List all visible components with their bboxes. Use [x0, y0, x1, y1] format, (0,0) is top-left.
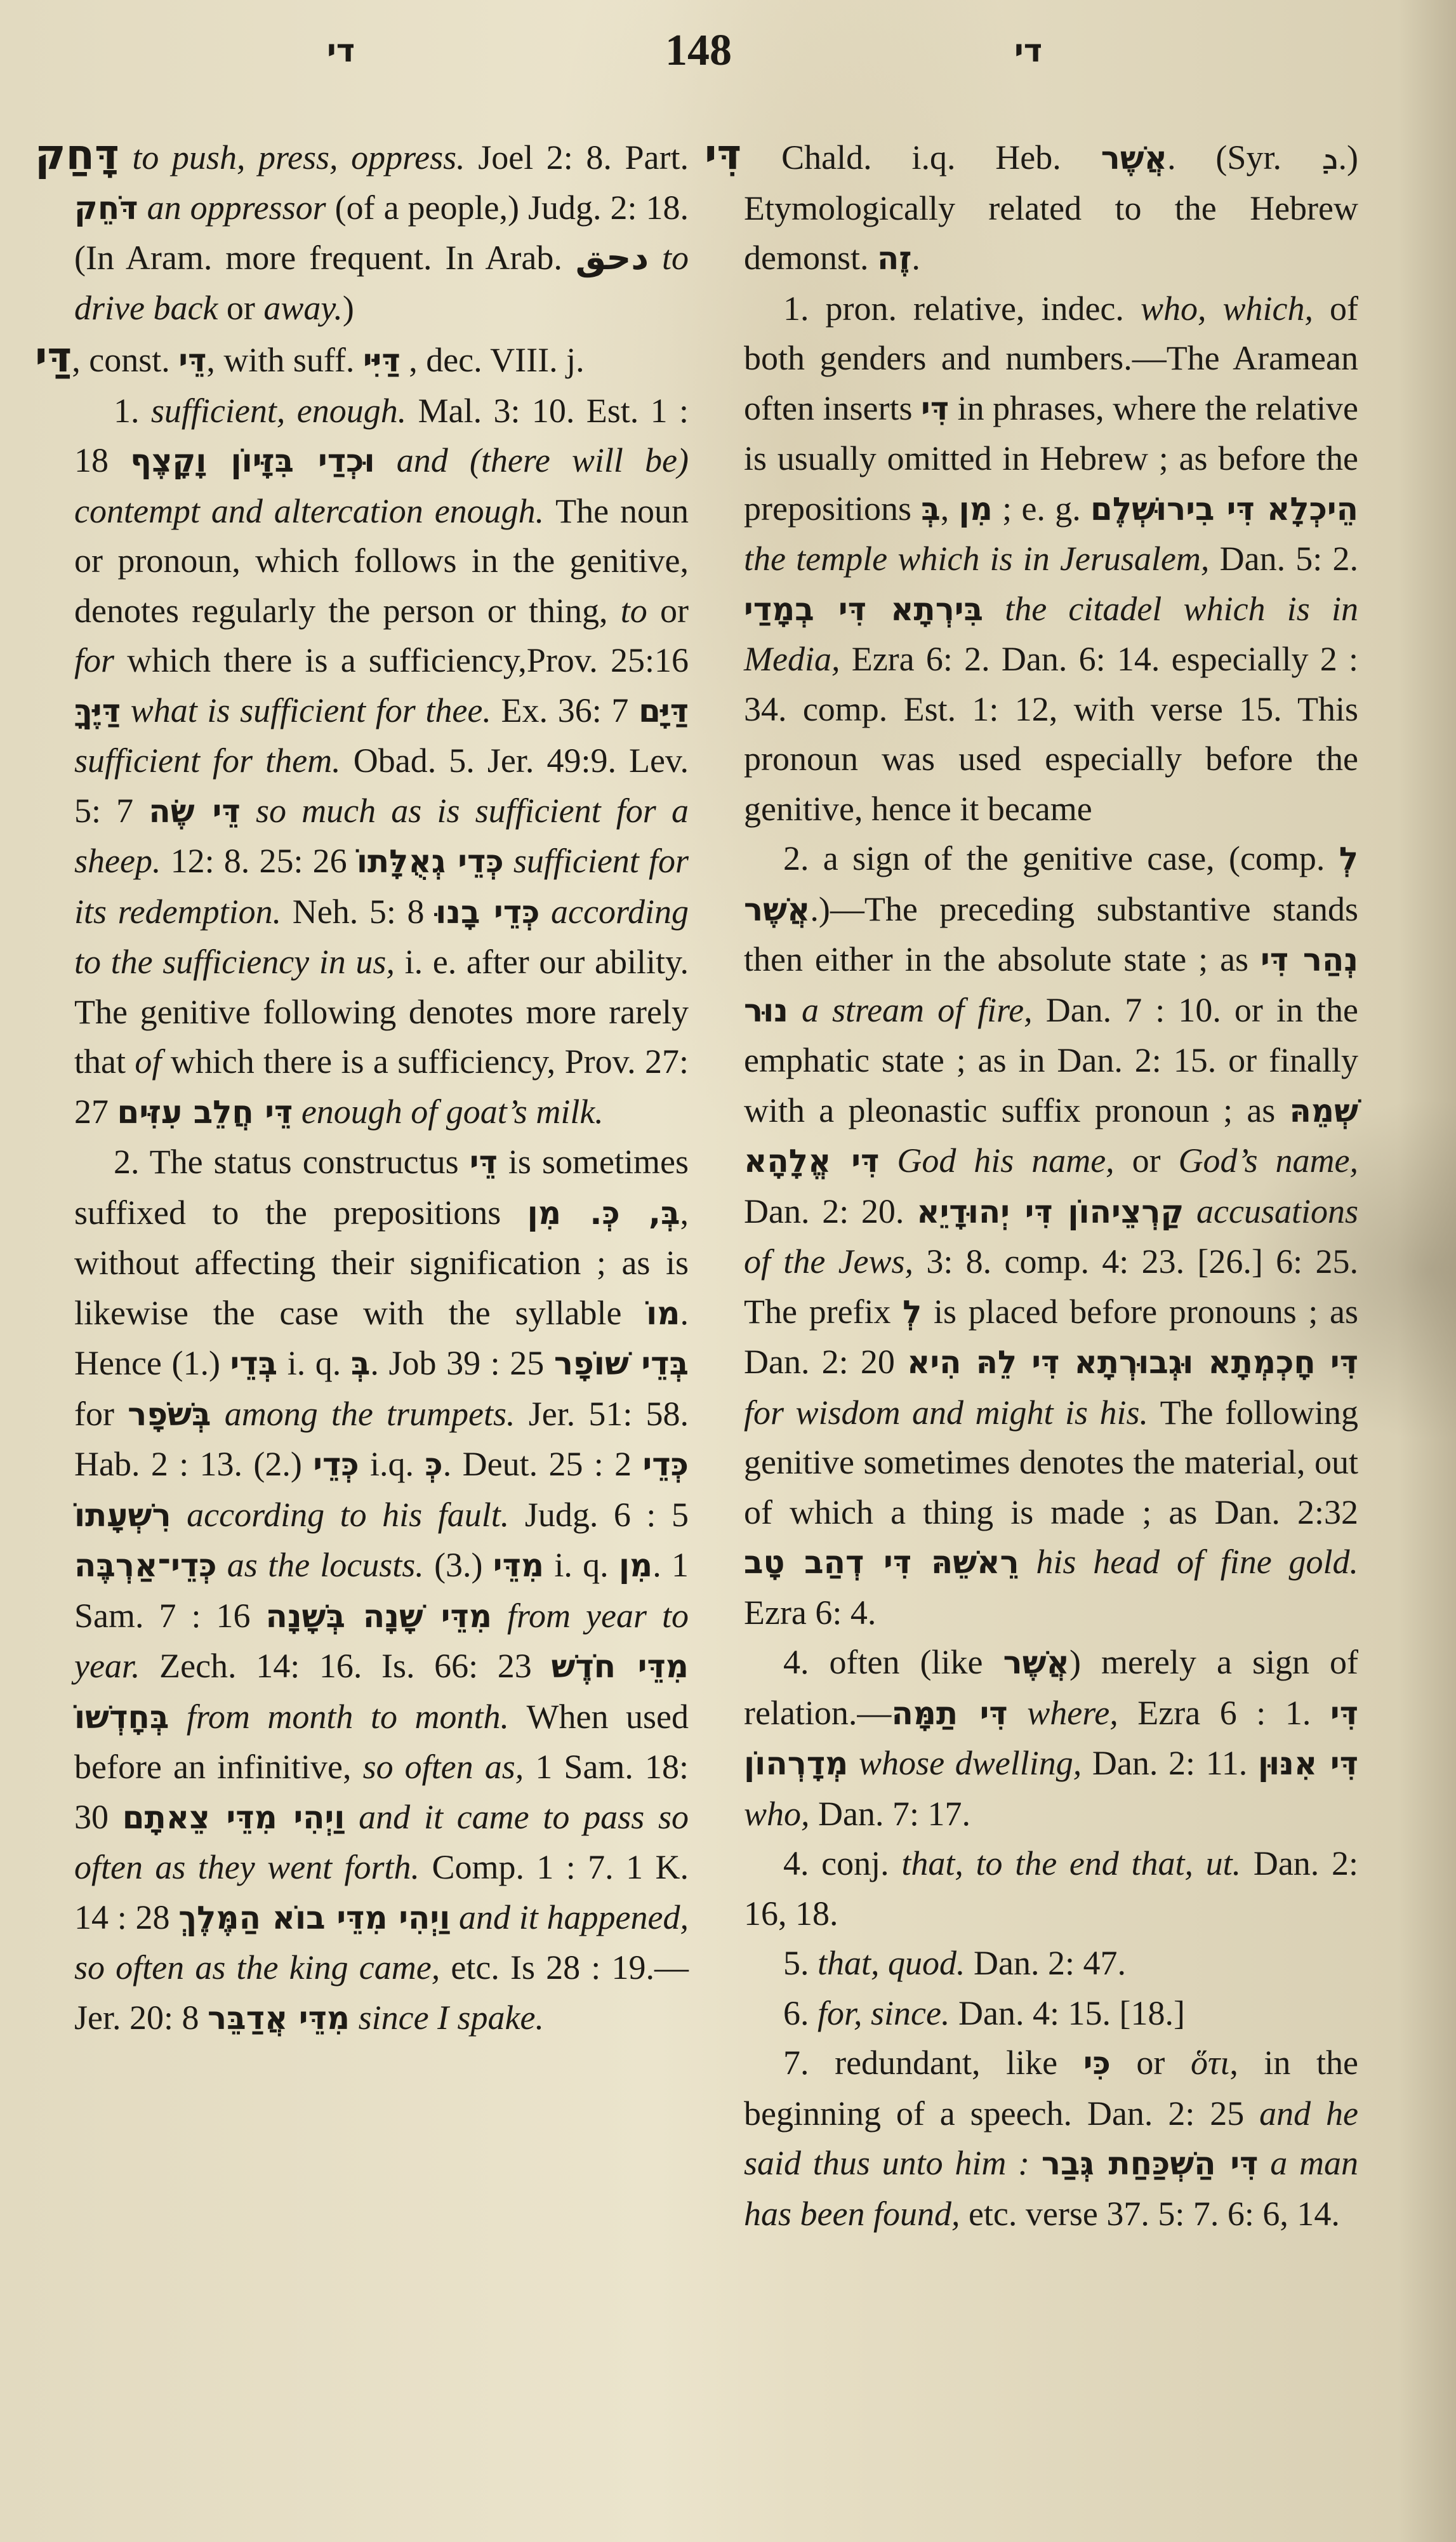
hebrew-text: דִּי הַשְׁכַּחַת גְּבַר — [1042, 2145, 1259, 2182]
hebrew-text: וּכְדַי בִּזָּיוֹן וָקָצֶף — [130, 443, 375, 479]
text-run: Dan. 2: 11. — [1092, 1744, 1258, 1782]
text-run: i. q. — [277, 1344, 351, 1382]
text-run: , dec. VIII. j. — [400, 341, 585, 379]
text-run: i.q. — [359, 1445, 425, 1483]
text-run: Chald. i.q. Heb. — [741, 138, 1101, 176]
text-run: , with suff. — [206, 341, 363, 379]
text-run: or — [1111, 2044, 1191, 2082]
gloss-italic: as the locusts. — [217, 1546, 435, 1584]
text-run: Dan. 5: 2. — [1220, 540, 1358, 578]
text-run: , — [941, 489, 959, 528]
running-head: די 148 די — [0, 25, 1456, 76]
hebrew-text: דִּי — [921, 390, 949, 427]
text-run: Dan. 2: 20. — [744, 1192, 917, 1230]
hebrew-text: כְּדֵי־אַרְבֶּה — [74, 1547, 217, 1584]
text-run: which there is a sufficiency,Prov. 25:16 — [127, 641, 689, 679]
hebrew-text: מִן — [959, 491, 993, 528]
hebrew-text: דִּי אִנּוּן — [1258, 1745, 1358, 1782]
text-run: Neh. 5: 8 — [293, 893, 435, 931]
text-run: 2. a sign of the genitive case, (comp. — [783, 839, 1339, 877]
text-run: . Deut. 25 : 2 — [443, 1445, 643, 1483]
text-run: etc. verse 37. 5: 7. 6: 6, 14. — [969, 2195, 1340, 2233]
hebrew-text: רֵאשֵׁהּ דִּי דְהַב טָב — [744, 1544, 1019, 1581]
hebrew-text: מִן — [619, 1547, 652, 1584]
gloss-italic: for, since. — [817, 1994, 958, 2032]
text-run: i. q. — [544, 1546, 619, 1584]
text-run: Judg. 6 : 5 — [525, 1496, 689, 1534]
headword: דַּי — [35, 333, 72, 382]
gloss-italic: God’s name, — [1179, 1141, 1358, 1180]
hebrew-text: קַרְצֵיהוֹן דִּי יְהוּדָיֵא — [917, 1194, 1184, 1230]
arabic-text: دحق — [576, 237, 649, 277]
text-run: Joel 2: 8. Part. — [478, 138, 689, 176]
entry-sense: 6. for, since. Dan. 4: 15. [18.] — [705, 1988, 1358, 2039]
text-run: Ex. 36: 7 — [501, 691, 639, 729]
running-head-left-word: די — [327, 25, 355, 76]
hebrew-text: דֵּי — [178, 342, 206, 379]
text-run: or — [227, 289, 263, 327]
hebrew-text: דִּי תַמָּה — [891, 1695, 1007, 1732]
hebrew-text: בְּדֵי — [230, 1345, 278, 1382]
hebrew-text: דַּיִּי — [363, 342, 400, 379]
text-run: . Job 39 : 25 — [370, 1344, 553, 1382]
hebrew-text: דַּיֶּךָּ — [74, 693, 121, 729]
text-run: 6. — [783, 1994, 817, 2032]
hebrew-text: דִּי חָכְמְתָא וּגְבוּרְתָא דִּי לֵהּ הִ… — [907, 1344, 1358, 1381]
text-run: 12: 8. 25: 26 — [171, 842, 357, 880]
page-number: 148 — [665, 25, 732, 76]
gloss-italic: from month to month. — [169, 1698, 526, 1736]
gloss-italic: to push, press, oppress. — [119, 138, 478, 176]
hebrew-text: דֹּחֵק — [74, 190, 138, 227]
hebrew-text: מִדֵּי — [493, 1547, 544, 1584]
hebrew-text: דֵּי שֶׂה — [149, 793, 240, 830]
hebrew-text: וַיְהִי מִדֵּי צֵאתָם — [122, 1799, 345, 1836]
dictionary-entry: דַּי, const. דֵּי, with suff. דַּיִּי , … — [35, 333, 689, 386]
hebrew-text: מִדֵּי אֲדַבֵּר — [208, 2000, 350, 2037]
headword: דִּי — [705, 130, 741, 179]
gloss-italic: his head of fine gold. — [1019, 1543, 1358, 1581]
gloss-italic: the temple which is in Jerusalem, — [744, 540, 1220, 578]
text-run: Dan. 2: 47. — [974, 1944, 1126, 1982]
hebrew-text: בִּירְתָא דִּי בְמָדַי — [744, 591, 983, 628]
text-run: (3.) — [434, 1546, 493, 1584]
gloss-italic: so often as, — [363, 1748, 536, 1786]
hebrew-text: וַיְהִי מִדֵּי בוֹא הַמֶּלֶךְ — [178, 1900, 450, 1936]
gloss-italic: away. — [263, 289, 343, 327]
dictionary-entry: דָּחַק to push, press, oppress. Joel 2: … — [35, 130, 689, 333]
gloss-italic: who, which, — [1141, 289, 1330, 328]
hebrew-text: דֵּי חֲלֵב עִזִּים — [117, 1094, 293, 1131]
gloss-italic: that, quod. — [817, 1944, 974, 1982]
hebrew-text: בְּדֵי שׁוֹפָר — [554, 1345, 689, 1382]
text-run: Dan. 4: 15. [18.] — [958, 1994, 1185, 2032]
gloss-italic: an oppressor — [138, 189, 335, 227]
hebrew-text: בְּשֹׁפָר — [128, 1396, 211, 1433]
text-run: Ezra 6 : 1. — [1137, 1694, 1330, 1732]
text-run: 7. redundant, like — [783, 2044, 1083, 2082]
hebrew-text: בְּ, כְּ. מִן — [527, 1195, 680, 1232]
hebrew-text: זֶה — [877, 240, 911, 277]
headword: דָּחַק — [35, 130, 119, 179]
text-run: Ezra 6: 4. — [744, 1594, 876, 1632]
hebrew-text: כְּדֵי גְאֻלָּתוֹ — [357, 843, 504, 880]
entry-sense: 1. sufficient, enough. Mal. 3: 10. Est. … — [35, 386, 689, 1138]
text-run: 5. — [783, 1944, 817, 1982]
hebrew-text: כְּ — [425, 1446, 442, 1483]
entry-sense: 7. redundant, like כִּי or ὅτι, in the b… — [705, 2038, 1358, 2239]
hebrew-text: כְּדֵי — [313, 1446, 359, 1483]
text-run: 4. often (like — [783, 1643, 1003, 1681]
gloss-italic: a stream of fire, — [788, 991, 1046, 1029]
text-run: Zech. 14: 16. Is. 66: 23 — [159, 1647, 551, 1685]
hebrew-text: לְ — [903, 1294, 922, 1331]
gloss-italic: since I spake. — [350, 1999, 544, 2037]
gloss-italic: who, — [744, 1795, 818, 1833]
gloss-italic: of — [135, 1042, 170, 1081]
gloss-italic: according to his fault. — [171, 1496, 525, 1534]
gloss-italic: sufficient, enough. — [151, 392, 418, 430]
entry-sense: 2. a sign of the genitive case, (comp. ל… — [705, 834, 1358, 1637]
greek-text: ὅτι — [1191, 2044, 1229, 2082]
left-column: דָּחַק to push, press, oppress. Joel 2: … — [35, 130, 689, 2043]
hebrew-text: בְּ — [351, 1345, 371, 1382]
hebrew-text: אֲשֶׁר — [744, 891, 810, 928]
text-run: 4. conj. — [783, 1844, 901, 1882]
gloss-italic: to — [621, 592, 660, 630]
hebrew-text: כִּי — [1083, 2045, 1111, 2082]
right-column: דִּי Chald. i.q. Heb. אֲשֶׁר. (Syr. ܕ.) … — [705, 130, 1358, 2239]
entry-sense: 5. that, quod. Dan. 2: 47. — [705, 1938, 1358, 1988]
gloss-italic: enough of goat’s milk. — [293, 1093, 603, 1131]
text-run: Dan. 7: 17. — [818, 1795, 970, 1833]
running-head-right-word: די — [1014, 25, 1042, 76]
entry-sense: 4. often (like אֲשֶׁר) merely a sign of … — [705, 1637, 1358, 1839]
hebrew-text: דֵּי — [470, 1144, 498, 1181]
gloss-italic: among the trumpets. — [211, 1395, 529, 1433]
hebrew-text: אֲשֶׁר — [1003, 1644, 1069, 1681]
text-run: 1. — [114, 392, 151, 430]
gloss-italic: sufficient for them. — [74, 742, 354, 780]
dictionary-entry: דִּי Chald. i.q. Heb. אֲשֶׁר. (Syr. ܕ.) … — [705, 130, 1358, 284]
gloss-italic: that, to the end that, ut. — [901, 1844, 1254, 1882]
hebrew-text: דַּיָּם — [639, 693, 689, 729]
text-run: or — [660, 592, 689, 630]
hebrew-text: לְ — [1339, 841, 1358, 877]
text-run: ; e. g. — [993, 489, 1090, 528]
entry-sense: 2. The status constructus דֵּי is someti… — [35, 1137, 689, 2043]
text-run: , const. — [72, 341, 178, 379]
entry-sense: 4. conj. that, to the end that, ut. Dan.… — [705, 1839, 1358, 1938]
hebrew-text: הֵיכְלָא דִּי בִירוּשְׁלֶם — [1090, 491, 1358, 528]
hebrew-text: אֲשֶׁר — [1101, 140, 1167, 176]
hebrew-text: כְּדֵי בָנוּ — [435, 894, 539, 931]
gloss-italic: where, — [1008, 1694, 1138, 1732]
gloss-italic: for — [74, 641, 127, 679]
text-run: 2. The status constructus — [114, 1143, 470, 1181]
text-run: ) — [343, 289, 354, 327]
gloss-italic: what is sufficient for thee. — [121, 691, 501, 729]
hebrew-text: בְּ — [921, 491, 941, 528]
gloss-italic: God his name, — [879, 1141, 1132, 1180]
gloss-italic: for wisdom and might is his. — [744, 1394, 1160, 1432]
text-run: 1. pron. relative, indec. — [783, 289, 1141, 328]
text-run: for — [74, 1395, 128, 1433]
gloss-italic: whose dwelling, — [848, 1744, 1092, 1782]
hebrew-text: מוֹ — [646, 1295, 680, 1332]
text-run: . — [911, 239, 920, 277]
text-run: or — [1132, 1141, 1179, 1180]
entry-sense: 1. pron. relative, indec. who, which, of… — [705, 284, 1358, 834]
hebrew-text: מִדֵּי שָׁנָה בְּשָׁנָה — [266, 1598, 492, 1635]
